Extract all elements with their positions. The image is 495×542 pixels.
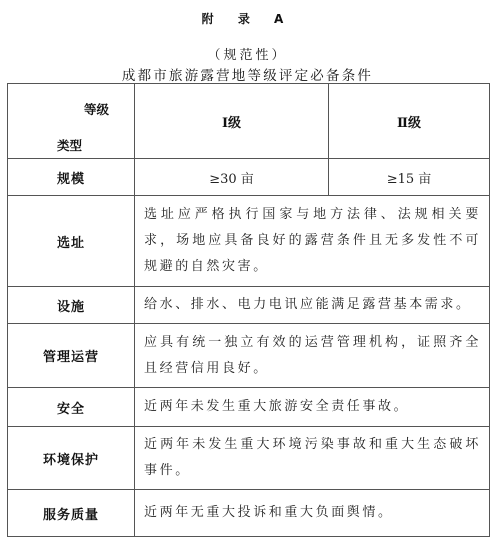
scale-level-2: ≥15 亩 (329, 159, 490, 196)
requirements-table: 等级 类型 Ⅰ级 Ⅱ级 规模 ≥30 亩 ≥15 亩 选址 选址应严格执行国家与… (7, 83, 490, 537)
table-row: 选址 选址应严格执行国家与地方法律、法规相关要求，场地应具备良好的露营条件且无多… (8, 196, 490, 287)
table-row: 服务质量 近两年无重大投诉和重大负面舆情。 (8, 490, 490, 537)
header-grade-label: 等级 (84, 100, 109, 118)
table-header-row: 等级 类型 Ⅰ级 Ⅱ级 (8, 84, 490, 159)
header-level-2: Ⅱ级 (329, 84, 490, 159)
appendix-title: 附 录 A (0, 10, 495, 27)
table-row: 规模 ≥30 亩 ≥15 亩 (8, 159, 490, 196)
corner-header-cell: 等级 类型 (8, 84, 135, 159)
normative-label: （规范性） (0, 44, 495, 63)
row-type-service: 服务质量 (8, 490, 135, 537)
site-requirement: 选址应严格执行国家与地方法律、法规相关要求，场地应具备良好的露营条件且无多发性不… (135, 196, 490, 287)
row-type-management: 管理运营 (8, 324, 135, 388)
safety-requirement: 近两年未发生重大旅游安全责任事故。 (135, 388, 490, 427)
management-requirement: 应具有统一独立有效的运营管理机构，证照齐全且经营信用良好。 (135, 324, 490, 388)
header-level-1: Ⅰ级 (135, 84, 329, 159)
scale-level-1: ≥30 亩 (135, 159, 329, 196)
table-row: 环境保护 近两年未发生重大环境污染事故和重大生态破坏事件。 (8, 427, 490, 490)
header-type-label: 类型 (57, 136, 82, 154)
row-type-environment: 环境保护 (8, 427, 135, 490)
row-type-facilities: 设施 (8, 287, 135, 324)
row-type-safety: 安全 (8, 388, 135, 427)
table-row: 设施 给水、排水、电力电讯应能满足露营基本需求。 (8, 287, 490, 324)
environment-requirement: 近两年未发生重大环境污染事故和重大生态破坏事件。 (135, 427, 490, 490)
service-requirement: 近两年无重大投诉和重大负面舆情。 (135, 490, 490, 537)
facilities-requirement: 给水、排水、电力电讯应能满足露营基本需求。 (135, 287, 490, 324)
row-type-site: 选址 (8, 196, 135, 287)
table-row: 管理运营 应具有统一独立有效的运营管理机构，证照齐全且经营信用良好。 (8, 324, 490, 388)
table-title: 成都市旅游露营地等级评定必备条件 (0, 64, 495, 84)
row-type-scale: 规模 (8, 159, 135, 196)
table-row: 安全 近两年未发生重大旅游安全责任事故。 (8, 388, 490, 427)
